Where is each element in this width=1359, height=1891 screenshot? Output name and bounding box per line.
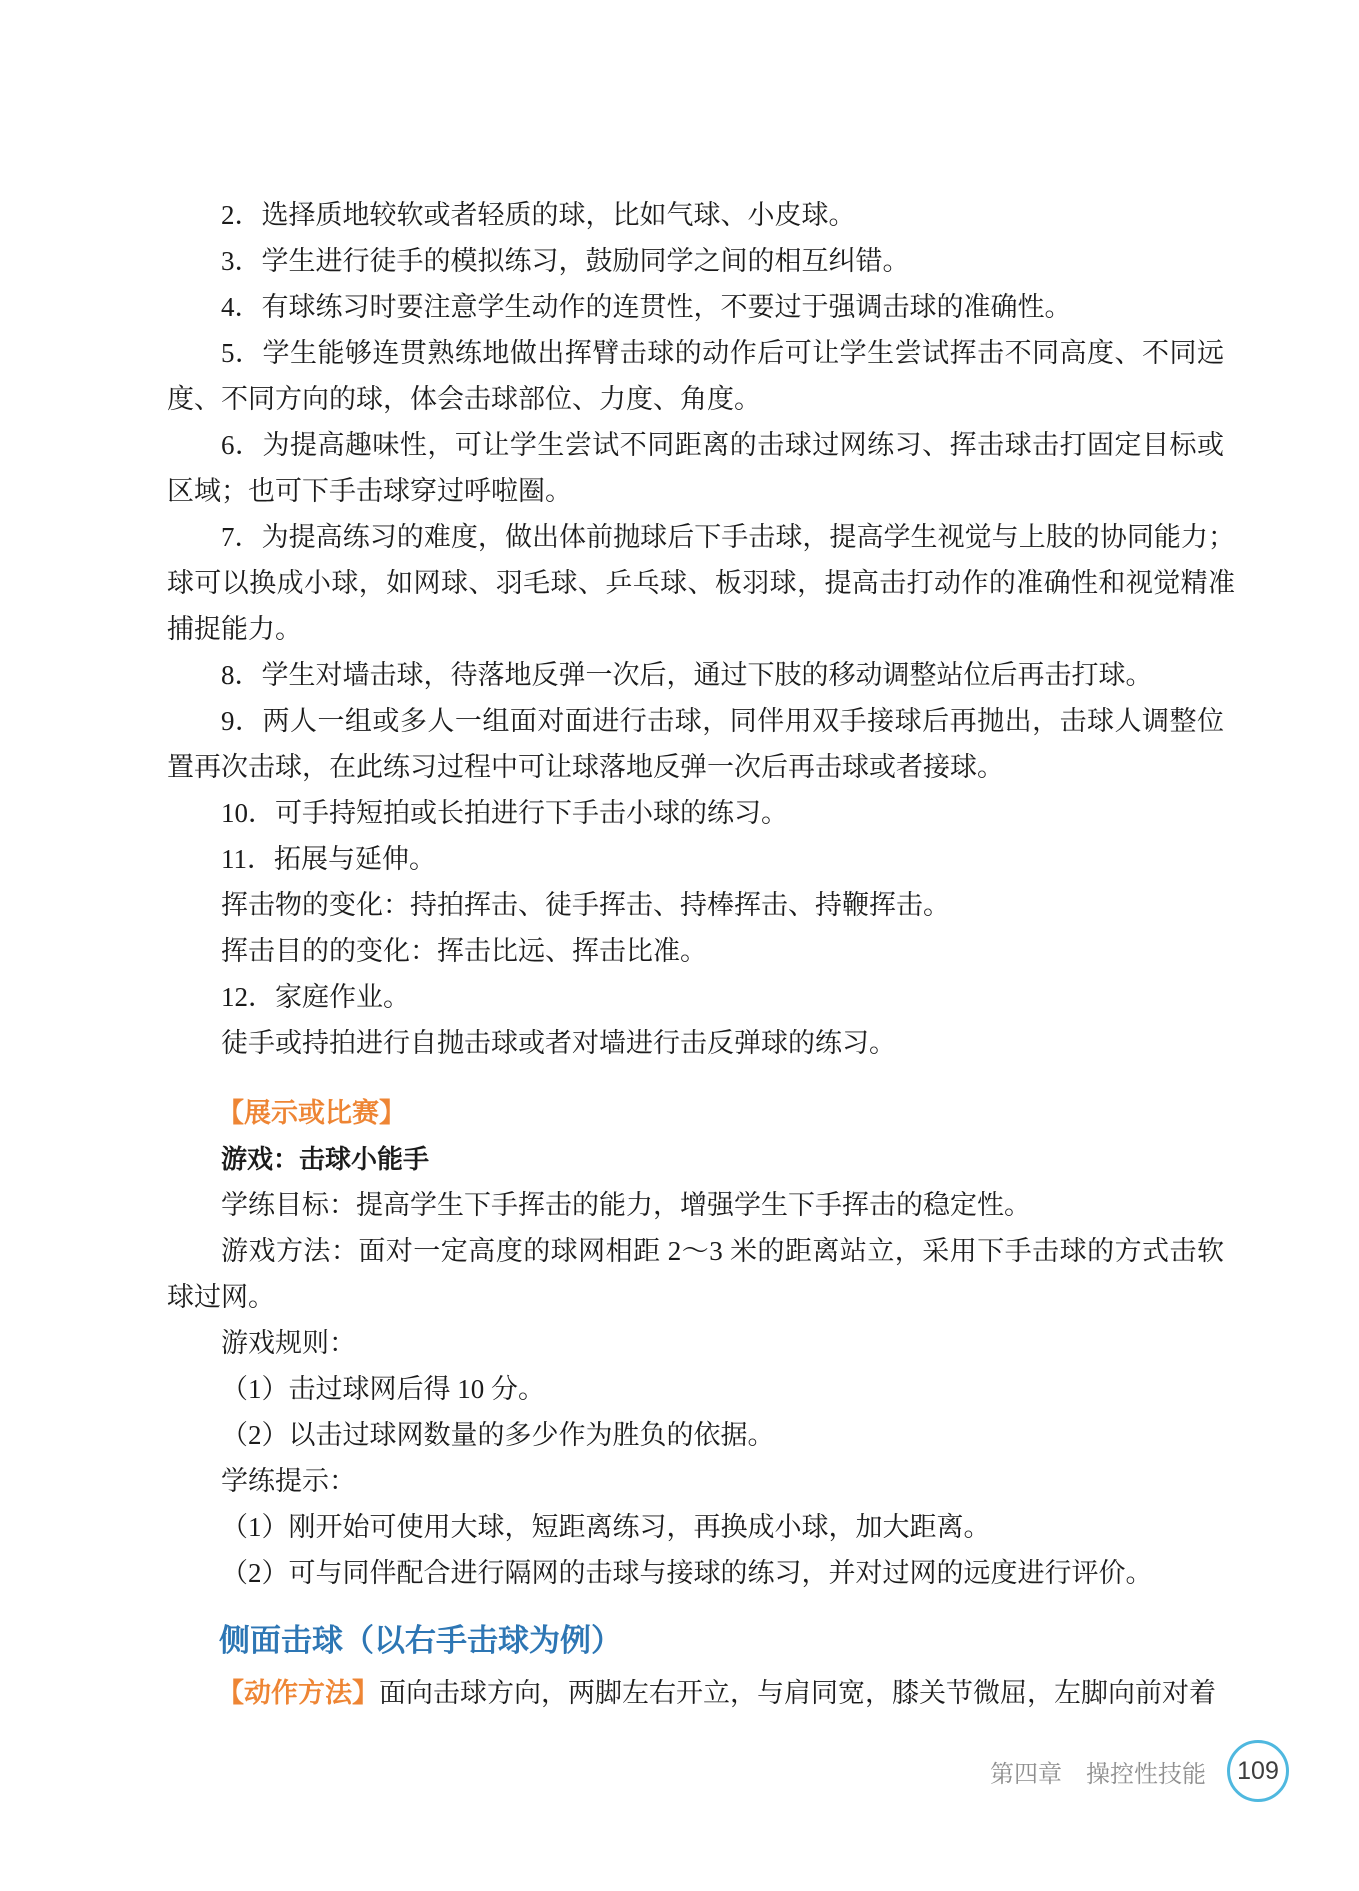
paragraph-practice-tips-label: 学练提示：: [167, 1458, 1224, 1504]
page-number: 109: [1237, 1757, 1279, 1786]
list-item-12: 12．家庭作业。: [167, 974, 1224, 1020]
list-item-11: 11．拓展与延伸。: [167, 836, 1224, 882]
paragraph-game-rules-label: 游戏规则：: [167, 1320, 1224, 1366]
list-item-3: 3．学生进行徒手的模拟练习，鼓励同学之间的相互纠错。: [167, 238, 1224, 284]
paragraph-practice-tip-1: （1）刚开始可使用大球，短距离练习，再换成小球，加大距离。: [167, 1504, 1224, 1550]
paragraph-homework-detail: 徒手或持拍进行自抛击球或者对墙进行击反弹球的练习。: [167, 1020, 1224, 1066]
paragraph-learning-goal: 学练目标：提高学生下手挥击的能力，增强学生下手挥击的稳定性。: [167, 1182, 1224, 1228]
list-item-6: 6．为提高趣味性，可让学生尝试不同距离的击球过网练习、挥击球击打固定目标或区域；…: [167, 422, 1224, 514]
list-item-10: 10．可手持短拍或长拍进行下手击小球的练习。: [167, 790, 1224, 836]
section-header-show-or-compete: 【展示或比赛】: [167, 1090, 1224, 1136]
paragraph-game-rule-1: （1）击过球网后得 10 分。: [167, 1366, 1224, 1412]
section-tag-action-method: 【动作方法】: [217, 1678, 379, 1708]
list-item-9: 9．两人一组或多人一组面对面进行击球，同伴用双手接球后再抛出，击球人调整位置再次…: [167, 698, 1224, 790]
paragraph-swing-object-variation: 挥击物的变化：持拍挥击、徒手挥击、持棒挥击、持鞭挥击。: [167, 882, 1224, 928]
list-item-4: 4．有球练习时要注意学生动作的连贯性，不要过于强调击球的准确性。: [167, 284, 1224, 330]
list-item-2: 2．选择质地较软或者轻质的球，比如气球、小皮球。: [167, 192, 1224, 238]
list-item-5: 5．学生能够连贯熟练地做出挥臂击球的动作后可让学生尝试挥击不同高度、不同远度、不…: [167, 330, 1224, 422]
list-item-7: 7．为提高练习的难度，做出体前抛球后下手击球，提高学生视觉与上肢的协同能力；球可…: [167, 514, 1235, 652]
page-footer: 第四章 操控性技能 109: [990, 1741, 1289, 1801]
footer-chapter-title: 第四章 操控性技能: [990, 1754, 1206, 1789]
paragraph-swing-goal-variation: 挥击目的的变化：挥击比远、挥击比准。: [167, 928, 1224, 974]
paragraph-practice-tip-2: （2）可与同伴配合进行隔网的击球与接球的练习，并对过网的远度进行评价。: [167, 1550, 1224, 1596]
game-title: 游戏：击球小能手: [167, 1136, 1224, 1182]
heading-side-hit: 侧面击球（以右手击球为例）: [167, 1615, 1224, 1667]
page-content: 2．选择质地较软或者轻质的球，比如气球、小皮球。 3．学生进行徒手的模拟练习，鼓…: [167, 192, 1224, 1716]
action-method-text: 面向击球方向，两脚左右开立，与肩同宽，膝关节微屈，左脚向前对着: [379, 1678, 1216, 1708]
paragraph-action-method: 【动作方法】面向击球方向，两脚左右开立，与肩同宽，膝关节微屈，左脚向前对着: [167, 1670, 1224, 1716]
paragraph-game-rule-2: （2）以击过球网数量的多少作为胜负的依据。: [167, 1412, 1224, 1458]
page-number-badge: 109: [1227, 1740, 1289, 1802]
textbook-page: 2．选择质地较软或者轻质的球，比如气球、小皮球。 3．学生进行徒手的模拟练习，鼓…: [0, 0, 1359, 1891]
list-item-8: 8．学生对墙击球，待落地反弹一次后，通过下肢的移动调整站位后再击打球。: [167, 652, 1224, 698]
paragraph-game-method: 游戏方法：面对一定高度的球网相距 2～3 米的距离站立，采用下手击球的方式击软球…: [167, 1228, 1224, 1320]
